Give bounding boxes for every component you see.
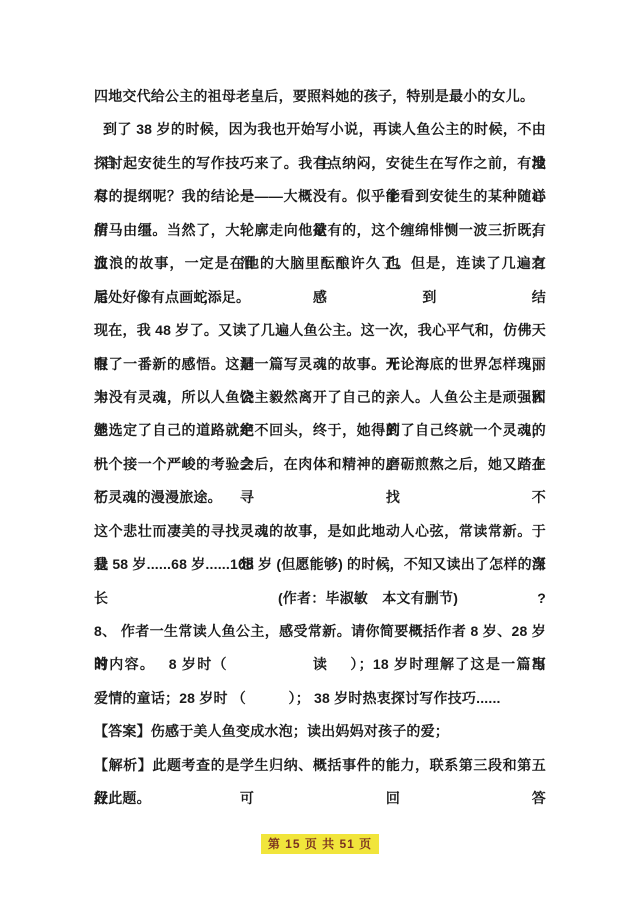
text-block: 四地交代给公主的祖母老皇后，要照料她的孩子，特别是最小的女儿。到了 38 岁的时…: [94, 80, 546, 816]
page-footer: 第 15 页 共 51 页: [0, 834, 640, 854]
text-line: 波浪的故事，一定是在他的大脑里酝酿许久了。但是，连读了几遍之后，感到结: [94, 247, 546, 280]
text-line: 有了一番新的感悟。这是一篇写灵魂的故事。无论海底的世界怎样瑰丽丰饶，因: [94, 348, 546, 381]
text-line: 8、 作者一生常读人鱼公主，感受常新。请你简要概括作者 8 岁、28 岁时读出: [94, 615, 546, 648]
text-line: 的内容。 8 岁时（ ）；18 岁时理解了这是一篇写: [94, 648, 546, 681]
document-page: 四地交代给公主的祖母老皇后，要照料她的孩子，特别是最小的女儿。到了 38 岁的时…: [0, 0, 640, 905]
text-line: 我 58 岁......68 岁......108 岁 (但愿能够) 的时候，不…: [94, 548, 546, 581]
text-line: 到了 38 岁的时候，因为我也开始写小说，再读人鱼公主的时候，不由自主地: [94, 113, 546, 146]
text-line: 一个接一个严峻的考验之后，在肉体和精神的磨砺煎熬之后，她又踏上了寻找不: [94, 448, 546, 481]
text-line: 探讨起安徒生的写作技巧来了。我有点纳闷，安徒生在写作之前，有没有一个详: [94, 147, 546, 180]
text-line: 现在，我 48 岁了。又读了几遍人鱼公主。这一次，我心平气和，仿佛天眼洞开，: [94, 314, 546, 347]
page-number-badge: 第 15 页 共 51 页: [261, 834, 379, 854]
text-line: 尽的提纲呢？我的结论是——大概没有。似乎能看到安徒生的某种随心所欲，: [94, 180, 546, 213]
text-line: 【答案】伤感于美人鱼变成水泡；读出妈妈对孩子的爱；: [94, 715, 546, 748]
text-line: 爱情的童话；28 岁时 （ ）； 38 岁时热衷探讨写作技巧......: [94, 682, 546, 715]
text-line: 四地交代给公主的祖母老皇后，要照料她的孩子，特别是最小的女儿。: [94, 80, 546, 113]
text-line: 这个悲壮而凄美的寻找灵魂的故事，是如此地动人心弦，常读常新。于是想，当: [94, 515, 546, 548]
text-line: 她选定了自己的道路就绝不回头，终于，她得到了自己终就一个灵魂的机会。在: [94, 414, 546, 447]
text-line: 信马由缰。当然了，大轮廓走向他是有的，这个缠绵悱恻一波三折既有血泪也有: [94, 214, 546, 247]
text-line: 为没有灵魂，所以人鱼公主毅然离开了自己的亲人。人鱼公主是顽强和坚定的，: [94, 381, 546, 414]
text-line: 【解析】此题考查的是学生归纳、概括事件的能力，联系第三段和第五段可回答: [94, 749, 546, 782]
